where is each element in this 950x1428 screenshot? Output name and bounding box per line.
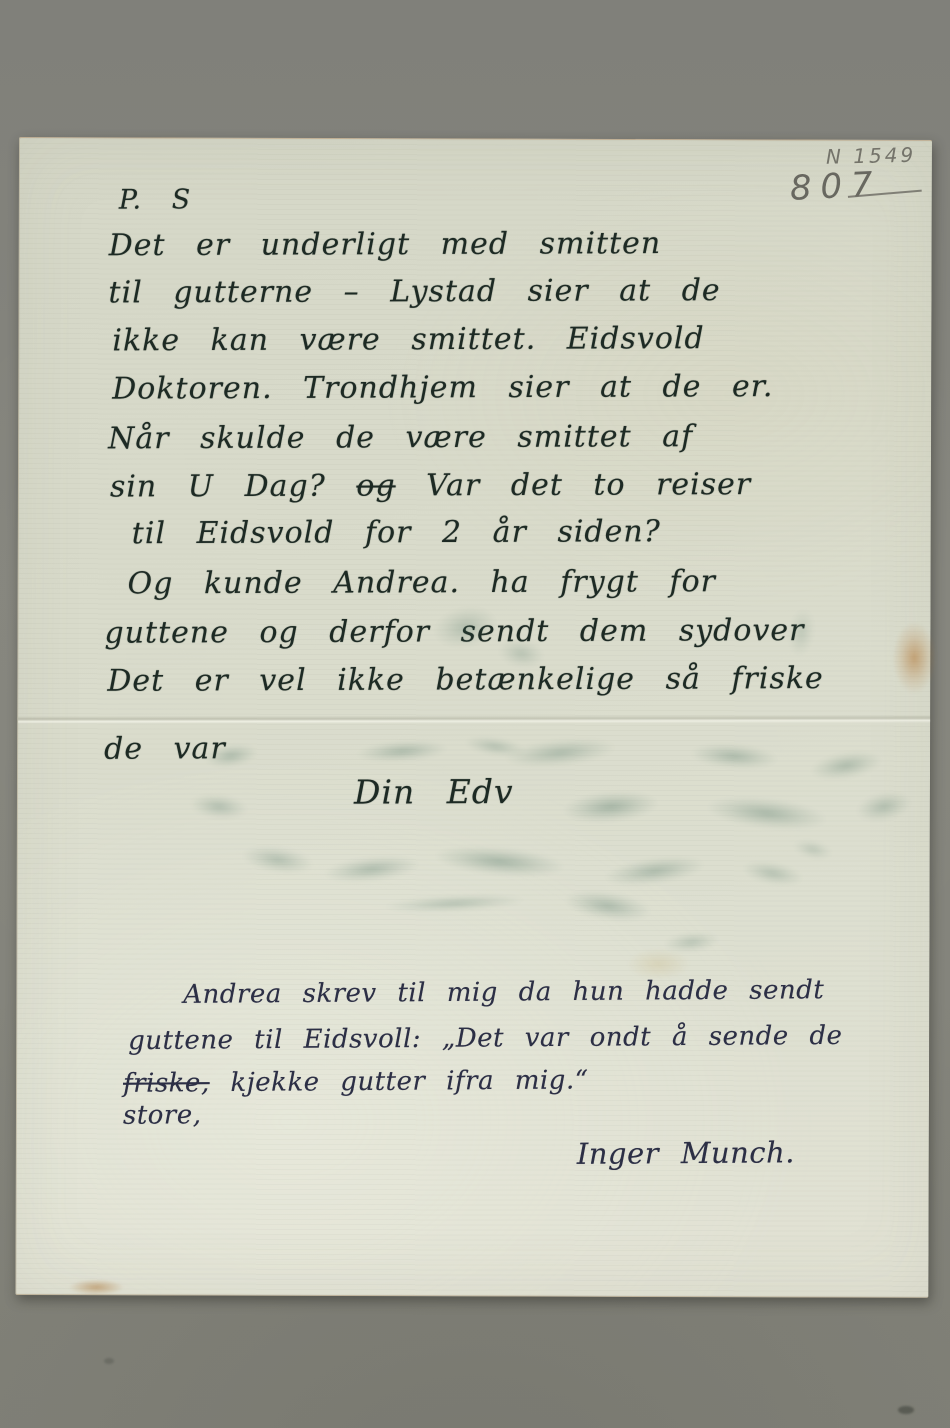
handwritten-line: Det er vel ikke betænkelige så friske (107, 661, 824, 699)
handwritten-line: til gutterne – Lystad sier at de (108, 273, 720, 310)
handwritten-line: sin U Dag? og Var det to reiser (110, 467, 751, 504)
smudge-mark (740, 857, 805, 890)
line-segment: sin U Dag? (110, 469, 326, 505)
photograph-background: N 1549 807 P. S Det er underligt med smi… (0, 0, 950, 1428)
smudge-mark (854, 787, 915, 826)
note-line: friske, kjekke gutter ifra mig.“ (123, 1065, 589, 1098)
smudge-mark (689, 741, 779, 771)
background-speck (104, 1358, 114, 1364)
note-line: Andrea skrev til mig da hun hadde sendt (183, 975, 824, 1010)
struck-word-og: og (356, 468, 395, 503)
handwritten-line: Når skulde de være smittet af (108, 419, 693, 456)
correction-word-store: store, (123, 1100, 202, 1131)
smudge-mark (791, 836, 834, 862)
smudge-mark (562, 788, 660, 826)
smudge-mark (189, 792, 249, 822)
smudge-mark (562, 886, 653, 926)
note-line: guttene til Eidsvoll: „Det var ondt å se… (128, 1021, 843, 1056)
smudge-mark (356, 738, 449, 764)
smudge-mark (383, 892, 526, 915)
edvard-munch-signature: Din Edv (354, 772, 514, 812)
fold-crease (18, 715, 930, 724)
background-speck (898, 1406, 914, 1414)
handwritten-line: Og kunde Andrea. ha frygt for (128, 564, 716, 601)
handwritten-line: ikke kan være smittet. Eidsvold (112, 321, 704, 358)
smudge-mark (705, 792, 830, 835)
pencil-page-number: 807 (789, 164, 883, 208)
rust-stain (892, 622, 936, 694)
smudge-mark (808, 747, 883, 785)
line-segment: Var det to reiser (426, 467, 751, 503)
smudge-mark (433, 842, 567, 882)
smudge-mark (602, 851, 707, 891)
edge-stain (68, 1279, 124, 1295)
handwritten-line: Det er underligt med smitten (109, 226, 662, 263)
handwritten-line: Doktoren. Trondhjem sier at de er. (112, 369, 773, 407)
smudge-mark (503, 734, 617, 771)
handwritten-line: de var (104, 731, 226, 766)
handwritten-line: guttene og derfor sendt dem sydover (104, 613, 804, 651)
smudge-mark (323, 852, 421, 886)
struck-word-friske: friske, (123, 1068, 210, 1099)
handwritten-line: til Eidsvold for 2 år siden? (132, 514, 661, 551)
postscript-heading: P. S (119, 184, 191, 215)
line-segment: kjekke gutter ifra mig.“ (230, 1065, 588, 1098)
smudge-mark (463, 733, 527, 760)
letter-sheet: N 1549 807 P. S Det er underligt med smi… (15, 137, 932, 1298)
smudge-mark (240, 842, 315, 878)
inger-munch-signature: Inger Munch. (577, 1135, 795, 1171)
